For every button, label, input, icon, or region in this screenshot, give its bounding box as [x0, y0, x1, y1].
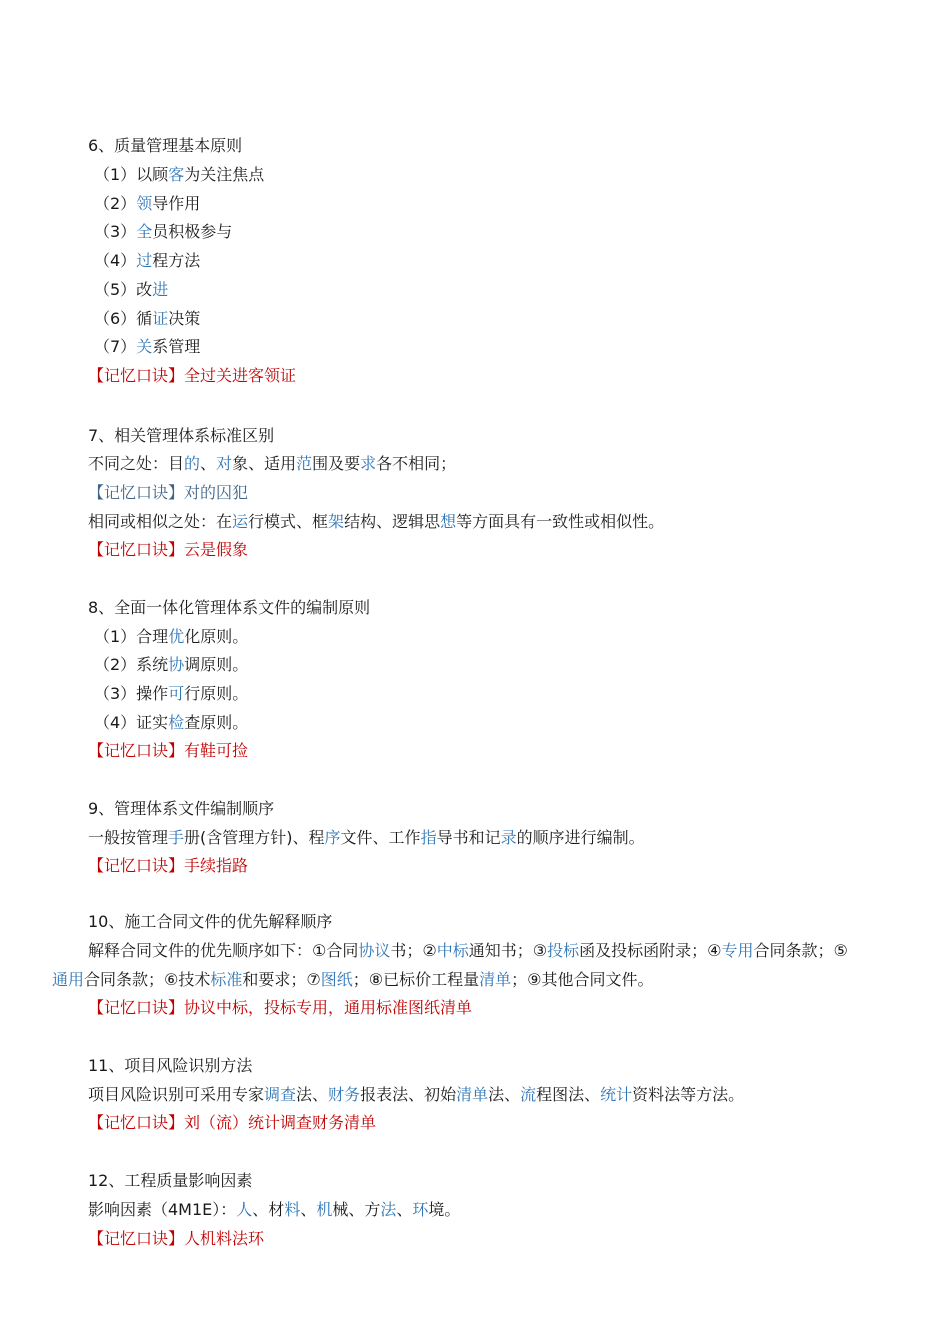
list-item: （3）操作可行原则。	[94, 683, 248, 705]
key-char: 协议	[358, 941, 390, 960]
paragraph-continuation: 通用合同条款；⑥技术标准和要求；⑦图纸；⑧已标价工程量清单；⑨其他合同文件。	[52, 969, 654, 991]
text: 象、适用	[232, 454, 296, 473]
key-char: 录	[501, 828, 517, 847]
text: 各不相同；	[376, 454, 456, 473]
text: 解释合同文件的优先顺序如下：①合同	[88, 941, 358, 960]
key-char: 关	[136, 337, 152, 356]
key-char: 协	[168, 655, 184, 674]
text: 的顺序进行编制。	[517, 828, 645, 847]
text: 、	[300, 1200, 316, 1219]
item-text: （2）系统	[94, 655, 168, 674]
text: 围及要	[312, 454, 360, 473]
text: 法、	[296, 1085, 328, 1104]
text: 、材	[252, 1200, 284, 1219]
text: 行模式、框	[248, 512, 328, 531]
text: 程图法、	[536, 1085, 600, 1104]
key-char: 机	[316, 1200, 332, 1219]
list-item: （3）全员积极参与	[94, 221, 232, 243]
item-text: 化原则。	[184, 627, 248, 646]
section-9-heading: 9、管理体系文件编制顺序	[88, 798, 274, 820]
key-char: 序	[325, 828, 341, 847]
key-char: 指	[421, 828, 437, 847]
section-11-heading: 11、项目风险识别方法	[88, 1055, 252, 1077]
key-char: 中标	[437, 941, 469, 960]
key-char: 优	[168, 627, 184, 646]
section-8-heading: 8、全面一体化管理体系文件的编制原则	[88, 597, 370, 619]
mnemonic: 【记忆口诀】云是假象	[88, 539, 248, 561]
text: 结构、逻辑思	[344, 512, 440, 531]
item-text: （2）	[94, 194, 136, 213]
key-char: 客	[168, 165, 184, 184]
document-page: 6、质量管理基本原则 （1）以顾客为关注焦点 （2）领导作用 （3）全员积极参与…	[0, 0, 950, 1344]
key-char: 调查	[264, 1085, 296, 1104]
item-text: （5）改	[94, 280, 152, 299]
item-text: （3）操作	[94, 684, 168, 703]
item-text: （3）	[94, 222, 136, 241]
paragraph: 项目风险识别可采用专家调查法、财务报表法、初始清单法、流程图法、统计资料法等方法…	[88, 1084, 744, 1106]
mnemonic: 【记忆口诀】全过关进客领证	[88, 365, 296, 387]
text: ；⑨其他合同文件。	[511, 970, 653, 989]
key-char: 料	[284, 1200, 300, 1219]
list-item: （1）以顾客为关注焦点	[94, 164, 264, 186]
key-char: 统计	[600, 1085, 632, 1104]
key-char: 投标	[547, 941, 579, 960]
key-char: 通用	[52, 970, 84, 989]
item-text: （4）	[94, 251, 136, 270]
list-item: （4）过程方法	[94, 250, 200, 272]
text: 一般按管理	[88, 828, 168, 847]
mnemonic: 【记忆口诀】人机料法环	[88, 1228, 264, 1250]
item-text: 查原则。	[184, 713, 248, 732]
key-char: 财务	[328, 1085, 360, 1104]
mnemonic: 【记忆口诀】刘（流）统计调查财务清单	[88, 1112, 376, 1134]
paragraph: 一般按管理手册(含管理方针)、程序文件、工作指导书和记录的顺序进行编制。	[88, 827, 645, 849]
list-item: （6）循证决策	[94, 308, 200, 330]
item-text: 系管理	[152, 337, 200, 356]
list-item: （1）合理优化原则。	[94, 626, 248, 648]
text: 册(含管理方针)、程	[184, 828, 325, 847]
mnemonic: 【记忆口诀】有鞋可捡	[88, 740, 248, 762]
list-item: （2）领导作用	[94, 193, 200, 215]
text: 项目风险识别可采用专家	[88, 1085, 264, 1104]
key-char: 清单	[456, 1085, 488, 1104]
text: 函及投标函附录；④	[579, 941, 721, 960]
paragraph: 影响因素（4M1E）：人、材料、机械、方法、环境。	[88, 1199, 460, 1221]
text: 导书和记	[437, 828, 501, 847]
text: 和要求；⑦	[242, 970, 320, 989]
key-char: 求	[360, 454, 376, 473]
key-char: 清单	[479, 970, 511, 989]
text: 文件、工作	[341, 828, 421, 847]
section-12-heading: 12、工程质量影响因素	[88, 1170, 252, 1192]
key-char: 手	[168, 828, 184, 847]
text: 合同条款；⑥技术	[84, 970, 210, 989]
mnemonic: 【记忆口诀】对的囚犯	[88, 482, 248, 504]
key-char: 人	[236, 1200, 252, 1219]
text: 资料法等方法。	[632, 1085, 744, 1104]
text: 合同条款；⑤	[754, 941, 848, 960]
item-text: 决策	[168, 309, 200, 328]
key-char: 环	[412, 1200, 428, 1219]
list-item: （5）改进	[94, 279, 168, 301]
key-char: 进	[152, 280, 168, 299]
key-char: 架	[328, 512, 344, 531]
item-text: （7）	[94, 337, 136, 356]
text: 不同之处：目	[88, 454, 184, 473]
text: 、	[200, 454, 216, 473]
item-text: 员积极参与	[152, 222, 232, 241]
item-text: 行原则。	[184, 684, 248, 703]
section-7-heading: 7、相关管理体系标准区别	[88, 425, 274, 447]
text: 等方面具有一致性或相似性。	[456, 512, 664, 531]
text: 相同或相似之处：在	[88, 512, 232, 531]
item-text: （1）合理	[94, 627, 168, 646]
key-char: 标准	[210, 970, 242, 989]
paragraph: 不同之处：目的、对象、适用范围及要求各不相同；	[88, 453, 456, 475]
mnemonic: 【记忆口诀】协议中标，投标专用，通用标准图纸清单	[88, 997, 472, 1019]
text: 影响因素（4M1E）：	[88, 1200, 236, 1219]
item-text: 程方法	[152, 251, 200, 270]
key-char: 对	[216, 454, 232, 473]
key-char: 专用	[721, 941, 753, 960]
text: 境。	[428, 1200, 460, 1219]
key-char: 证	[152, 309, 168, 328]
paragraph: 解释合同文件的优先顺序如下：①合同协议书；②中标通知书；③投标函及投标函附录；④…	[88, 940, 848, 962]
item-text: 为关注焦点	[184, 165, 264, 184]
list-item: （4）证实检查原则。	[94, 712, 248, 734]
section-6-heading: 6、质量管理基本原则	[88, 135, 242, 157]
key-char: 法	[380, 1200, 396, 1219]
item-text: （1）以顾	[94, 165, 168, 184]
list-item: （7）关系管理	[94, 336, 200, 358]
key-char: 检	[168, 713, 184, 732]
paragraph: 相同或相似之处：在运行模式、框架结构、逻辑思想等方面具有一致性或相似性。	[88, 511, 664, 533]
key-char: 运	[232, 512, 248, 531]
key-char: 可	[168, 684, 184, 703]
text: 械、方	[332, 1200, 380, 1219]
text: 法、	[488, 1085, 520, 1104]
key-char: 图纸	[321, 970, 353, 989]
key-char: 范	[296, 454, 312, 473]
text: 书；②	[390, 941, 436, 960]
text: ；⑧已标价工程量	[353, 970, 479, 989]
item-text: 导作用	[152, 194, 200, 213]
key-char: 过	[136, 251, 152, 270]
key-char: 的	[184, 454, 200, 473]
item-text: （6）循	[94, 309, 152, 328]
key-char: 全	[136, 222, 152, 241]
section-10-heading: 10、施工合同文件的优先解释顺序	[88, 911, 332, 933]
item-text: 调原则。	[184, 655, 248, 674]
text: 报表法、初始	[360, 1085, 456, 1104]
key-char: 领	[136, 194, 152, 213]
item-text: （4）证实	[94, 713, 168, 732]
text: 、	[396, 1200, 412, 1219]
key-char: 想	[440, 512, 456, 531]
list-item: （2）系统协调原则。	[94, 654, 248, 676]
text: 通知书；③	[469, 941, 547, 960]
mnemonic: 【记忆口诀】手续指路	[88, 855, 248, 877]
key-char: 流	[520, 1085, 536, 1104]
